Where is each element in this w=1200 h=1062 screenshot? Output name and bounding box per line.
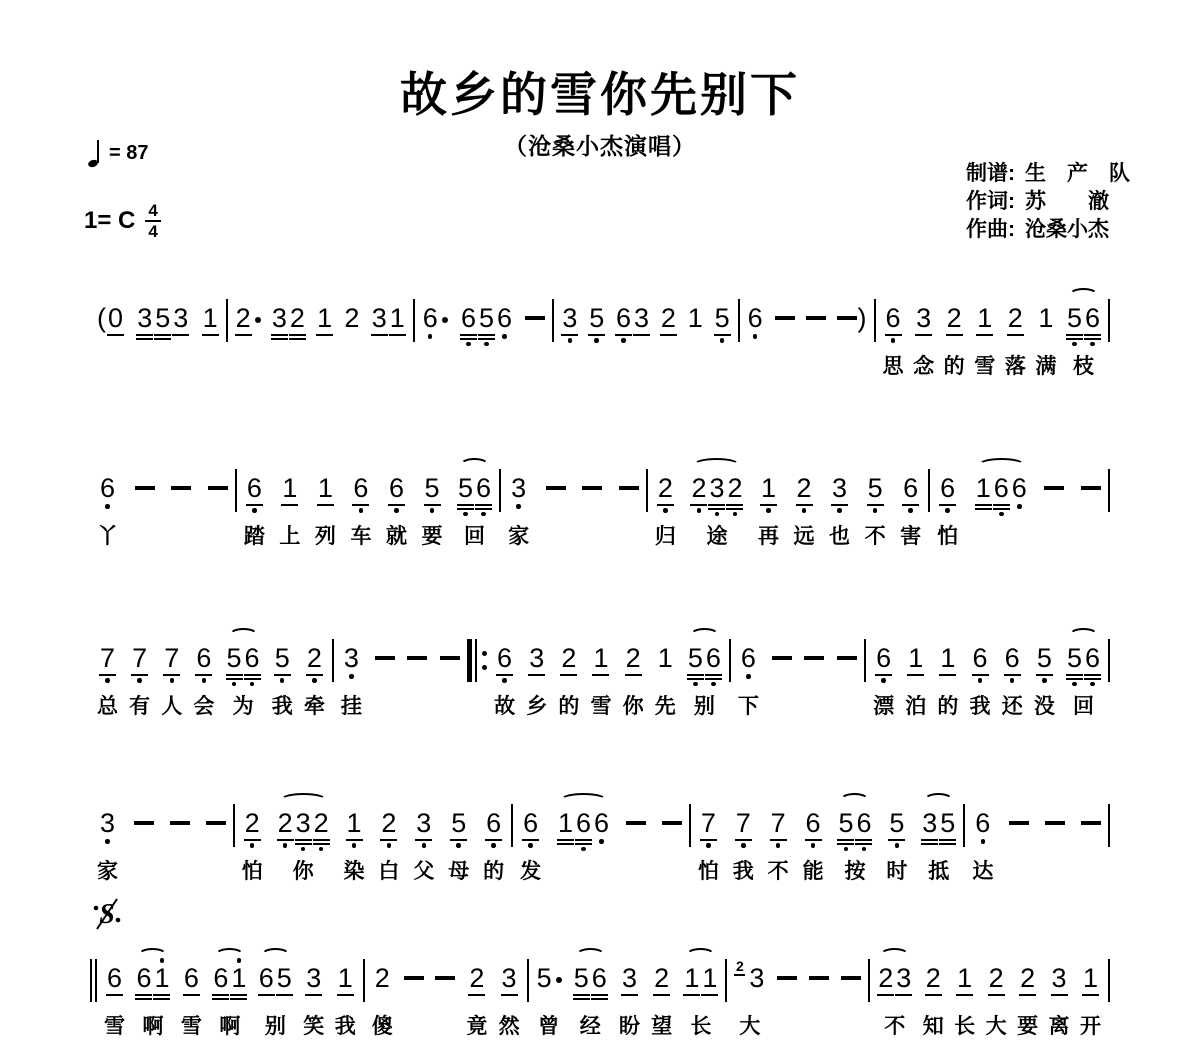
note-group: 1的 — [937, 626, 958, 720]
underline — [560, 674, 577, 676]
note-digit: 7 — [701, 810, 716, 837]
slur-arc — [560, 793, 607, 807]
note-glyph: 3 — [343, 638, 360, 686]
lyric-char: 上 — [279, 524, 300, 550]
dash-note — [837, 656, 857, 660]
dash-group — [1009, 791, 1029, 859]
note-glyph: 5 — [1036, 638, 1053, 686]
underline — [956, 994, 973, 996]
slur-arc — [690, 628, 719, 642]
octave-down-dot — [733, 512, 738, 516]
underline — [1082, 994, 1099, 996]
underline — [855, 839, 872, 841]
dash-group — [525, 286, 545, 354]
lyric-char: 知 — [923, 1014, 944, 1040]
note-group: 2要 — [1017, 946, 1038, 1040]
dash-note — [582, 486, 602, 490]
note-digit: 6 — [616, 305, 631, 332]
note-group: 61啊 — [212, 946, 247, 1040]
dash-group — [1081, 791, 1101, 859]
lyric-char: 没 — [1034, 694, 1055, 720]
note-glyph: 5 — [1066, 298, 1083, 346]
octave-down-dot — [312, 678, 317, 683]
underline — [131, 674, 148, 676]
underline — [496, 674, 513, 676]
octave-down-dot — [463, 512, 468, 516]
note-digit: 1 — [318, 475, 333, 502]
octave-down-dot — [802, 508, 807, 513]
octave-down-dot — [895, 843, 900, 848]
underline — [485, 839, 502, 841]
note-glyph: 1 — [657, 638, 674, 686]
note-glyph: 6 — [212, 958, 229, 1006]
underline — [371, 334, 388, 336]
note-glyph: 1 — [281, 468, 298, 516]
note-glyph: 1 — [1037, 298, 1054, 346]
note-digit: 5 — [889, 810, 904, 837]
note-glyph: 1 — [346, 803, 363, 851]
measure: 6雪61啊6雪61啊65别3笑1我 — [97, 946, 363, 1040]
lyric-char: 按 — [844, 859, 865, 885]
note-group: 6下 — [738, 626, 759, 720]
underline — [1066, 678, 1083, 680]
note-group: 56按 — [837, 791, 872, 885]
octave-down-dot — [746, 674, 751, 679]
lyric-char: 我 — [970, 694, 991, 720]
note-glyph: 6 — [460, 298, 477, 346]
octave-down-dot — [693, 682, 698, 686]
note-group: 1开 — [1080, 946, 1101, 1040]
augmentation-dot — [255, 317, 261, 323]
note-digit: 1 — [702, 965, 717, 992]
note-glyph: 1 — [939, 638, 956, 686]
lyric-char: 途 — [706, 524, 727, 550]
lyric-char: 有 — [129, 694, 150, 720]
underline — [135, 994, 152, 996]
note-glyph: 6 — [805, 803, 822, 851]
note-digit: 6 — [259, 965, 274, 992]
note-digit: 3 — [416, 810, 431, 837]
note-digit: 1 — [1038, 305, 1053, 332]
note-digit: 6 — [1085, 305, 1100, 332]
dash-note — [525, 316, 545, 320]
lyric-char: 要 — [422, 524, 443, 550]
note-glyph: 1 — [389, 298, 406, 346]
note-digit: 2 — [561, 645, 576, 672]
dash-group — [626, 791, 646, 859]
note-group: 3离 — [1049, 946, 1070, 1040]
note-group: 56回 — [1066, 626, 1101, 720]
measure: 6怕166 — [930, 456, 1108, 550]
note-digit: 6 — [1005, 645, 1020, 672]
dash-note — [208, 486, 228, 490]
underline — [902, 504, 919, 506]
note-group: 6 — [422, 286, 448, 380]
note-group: 5 — [714, 286, 731, 380]
lyric-char: 别 — [265, 1014, 286, 1040]
underline — [939, 674, 956, 676]
underline — [575, 843, 592, 845]
note-digit: 2 — [314, 810, 329, 837]
note-digit: 1 — [908, 645, 923, 672]
system: S6雪61啊6雪61啊65别3笑1我2傻2竟3然5曾56经3盼2望11长23大2… — [90, 946, 1110, 1040]
note-digit: 5 — [479, 305, 494, 332]
octave-down-dot — [720, 338, 725, 343]
note-glyph: 2 — [1007, 298, 1024, 346]
note-digit: 3 — [100, 810, 115, 837]
note-digit: 1 — [684, 965, 699, 992]
dash-note — [134, 821, 154, 825]
note-digit: 6 — [876, 645, 891, 672]
underline — [460, 338, 477, 340]
dash-group — [841, 946, 861, 1014]
lyric-char: 的 — [558, 694, 579, 720]
octave-down-dot — [766, 508, 771, 513]
underline — [993, 504, 1010, 506]
note-digit: 3 — [922, 810, 937, 837]
note-digit: 1 — [593, 645, 608, 672]
underline — [867, 504, 884, 506]
measure: 6656 — [415, 286, 553, 380]
note-glyph: 5 — [226, 638, 243, 686]
octave-down-dot — [663, 508, 668, 513]
lyric-char: 母 — [448, 859, 469, 885]
note-glyph: 6 — [422, 298, 439, 346]
note-digit: 7 — [771, 810, 786, 837]
lyric-char: 抵 — [928, 859, 949, 885]
lyric-char: 你 — [623, 694, 644, 720]
octave-down-dot — [999, 512, 1004, 516]
dash-group — [1045, 791, 1065, 859]
octave-down-dot — [1017, 504, 1022, 509]
lyric-char: 思 — [883, 354, 904, 380]
lyric-char: 我 — [272, 694, 293, 720]
note-group: 2 — [660, 286, 677, 380]
octave-down-dot — [1090, 342, 1095, 346]
note-group: 2远 — [794, 456, 815, 550]
note-digit: 2 — [1008, 305, 1023, 332]
note-glyph: 6 — [388, 468, 405, 516]
note-glyph: 2 — [657, 468, 674, 516]
underline — [226, 674, 243, 676]
note-group: 1泊 — [905, 626, 926, 720]
underline — [468, 994, 485, 996]
note-glyph: 2 — [690, 468, 707, 516]
note-glyph: 2 — [925, 958, 942, 1006]
lyric-char: 家 — [508, 524, 529, 550]
note-digit: 6 — [806, 810, 821, 837]
barline-single — [1108, 804, 1110, 847]
underline — [1084, 334, 1101, 336]
measure: 6故3乡2的1雪2你1先56别 — [487, 626, 729, 720]
underline — [700, 839, 717, 841]
dash-note — [375, 656, 395, 660]
note-digit: 1 — [558, 810, 573, 837]
note-digit: 6 — [975, 810, 990, 837]
note-glyph: 6 — [575, 803, 592, 851]
note-group: 7我 — [733, 791, 754, 885]
note-group: 6就 — [386, 456, 407, 550]
measure: 6达 — [965, 791, 1108, 885]
note-group: 6踏 — [244, 456, 265, 550]
note-digit: 5 — [1067, 305, 1082, 332]
note-digit: 6 — [706, 645, 721, 672]
underline — [1019, 994, 1036, 996]
dash-group — [206, 791, 226, 859]
underline — [380, 839, 397, 841]
note-group: 61啊 — [135, 946, 170, 1040]
underline — [153, 994, 170, 996]
note-digit: 2 — [989, 965, 1004, 992]
underline — [457, 508, 474, 510]
lyric-char: 雪 — [590, 694, 611, 720]
underline — [714, 334, 731, 336]
underline — [657, 504, 674, 506]
note-digit: 2 — [1020, 965, 1035, 992]
lyric-char: 笑 — [303, 1014, 324, 1040]
note-digit: 3 — [137, 305, 152, 332]
underline — [683, 994, 700, 996]
note-glyph: 6 — [1084, 638, 1101, 686]
octave-down-dot — [621, 338, 626, 343]
underline — [875, 674, 892, 676]
note-glyph: 2 — [244, 803, 261, 851]
lyric-char: 也 — [829, 524, 850, 550]
note-glyph: 1 — [956, 958, 973, 1006]
underline — [244, 678, 261, 680]
lyric-char: 望 — [651, 1014, 672, 1040]
lyric-char: 曾 — [538, 1014, 559, 1040]
octave-down-dot — [594, 338, 599, 343]
underline — [460, 334, 477, 336]
note-digit: 1 — [282, 475, 297, 502]
underline — [99, 674, 116, 676]
note-group: 56经 — [573, 946, 608, 1040]
note-glyph: 7 — [99, 638, 116, 686]
underline — [770, 839, 787, 841]
quarter-note-icon — [88, 140, 101, 167]
note-glyph: 2 — [560, 638, 577, 686]
lyric-char: 能 — [803, 859, 824, 885]
underline — [457, 504, 474, 506]
underline — [295, 843, 312, 845]
note-group: 2知 — [923, 946, 944, 1040]
note-digit: 3 — [622, 965, 637, 992]
dash-note — [440, 656, 460, 660]
note-glyph: 5 — [274, 638, 291, 686]
underline — [450, 839, 467, 841]
octave-down-dot — [862, 847, 867, 851]
underline — [976, 334, 993, 336]
credit-lyricist: 作词: 苏 澈 — [966, 188, 1130, 216]
dash-group — [404, 946, 424, 1014]
octave-down-dot — [394, 508, 399, 513]
octave-down-dot — [891, 338, 896, 343]
note-glyph: 1 — [592, 638, 609, 686]
underline — [690, 504, 707, 506]
octave-down-dot — [711, 682, 716, 686]
note-digit: 1 — [977, 305, 992, 332]
note-glyph: 3 — [708, 468, 725, 516]
measure: 6踏1上1列6车6就5要56回 — [237, 456, 499, 550]
underline — [760, 504, 777, 506]
underline — [708, 508, 725, 510]
dash-note — [772, 656, 792, 660]
note-glyph: 2 — [653, 958, 670, 1006]
note-group: 6害 — [900, 456, 921, 550]
underline — [1066, 674, 1083, 676]
slur-arc — [978, 458, 1025, 472]
note-glyph: 5 — [687, 638, 704, 686]
note-glyph: 3 — [748, 958, 765, 1006]
underline — [939, 839, 956, 841]
lyric-char: 发 — [520, 859, 541, 885]
lyric-char: 远 — [794, 524, 815, 550]
note-glyph: 5 — [837, 803, 854, 851]
dash-group — [440, 626, 460, 694]
system: 3家2怕232你1染2白3父5母6的6发1667怕7我7不6能56按5时35抵6… — [90, 791, 1110, 885]
octave-down-dot — [1072, 342, 1077, 346]
note-glyph: 6 — [106, 958, 123, 1006]
octave-down-dot — [978, 678, 983, 683]
note-digit: 3 — [344, 645, 359, 672]
underline — [1007, 334, 1024, 336]
note-group: 2竟 — [466, 946, 487, 1040]
octave-down-dot — [252, 508, 257, 513]
note-group: 3念 — [913, 286, 934, 380]
slur-arc — [280, 793, 327, 807]
lyric-char: 故 — [494, 694, 515, 720]
dash-group — [171, 456, 191, 524]
lyric-char: 归 — [655, 524, 676, 550]
underline — [306, 674, 323, 676]
lyric-char: 不 — [768, 859, 789, 885]
note-group: 32 — [271, 286, 306, 380]
note-glyph: 1 — [975, 468, 992, 516]
note-digit: 6 — [107, 965, 122, 992]
key-signature: 1= C 4 4 — [84, 202, 161, 240]
note-glyph: 6 — [99, 468, 116, 516]
underline — [389, 334, 406, 336]
octave-down-dot — [456, 843, 461, 848]
note-glyph: 5 — [154, 298, 171, 346]
measure: 6) — [740, 286, 874, 380]
note-digit: 3 — [749, 965, 764, 992]
credit-arranger: 制谱: 生 产 队 — [966, 160, 1130, 188]
note-group: 6发 — [520, 791, 541, 885]
octave-down-dot — [1042, 678, 1047, 683]
underline — [475, 504, 492, 506]
note-group: 2 — [235, 286, 261, 380]
barline-begin-repeat — [467, 639, 487, 682]
lyric-char: 然 — [499, 1014, 520, 1040]
note-digit: 5 — [458, 475, 473, 502]
note-group: 56为 — [226, 626, 261, 720]
note-glyph: 3 — [895, 958, 912, 1006]
octave-down-dot — [502, 334, 507, 339]
underline — [921, 843, 938, 845]
underline — [557, 839, 574, 841]
note-digit: 2 — [278, 810, 293, 837]
dash-group — [775, 286, 795, 354]
underline — [805, 839, 822, 841]
close-paren: ) — [858, 305, 867, 332]
note-digit: 1 — [154, 965, 169, 992]
song-title: 故乡的雪你先别下 — [0, 58, 1200, 125]
lyric-char: 白 — [378, 859, 399, 885]
octave-down-dot — [250, 682, 255, 686]
note-group: 56别 — [687, 626, 722, 720]
lyric-char: 枝 — [1073, 354, 1094, 380]
note-glyph: 1 — [230, 958, 247, 1006]
underline — [735, 839, 752, 841]
lyric-char: 挂 — [341, 694, 362, 720]
note-digit: 6 — [594, 810, 609, 837]
note-group: 5我 — [272, 626, 293, 720]
octave-down-dot — [697, 508, 702, 513]
note-digit: 5 — [574, 965, 589, 992]
underline — [172, 334, 189, 336]
underline — [701, 994, 718, 996]
octave-down-dot — [844, 847, 849, 851]
note-glyph: 6 — [593, 803, 610, 851]
system: 6丫6踏1上1列6车6就5要56回3家2归232途1再2远3也5不6害6怕166 — [90, 456, 1110, 550]
note-digit: 5 — [424, 475, 439, 502]
note-group: 6怕 — [937, 456, 958, 550]
dash-note — [626, 821, 646, 825]
underline — [388, 504, 405, 506]
measure: 3家 — [501, 456, 646, 550]
underline — [885, 334, 902, 336]
time-signature: 4 4 — [145, 202, 160, 240]
note-digit: 6 — [523, 810, 538, 837]
note-glyph: 2 — [468, 958, 485, 1006]
note-glyph: 2 — [1019, 958, 1036, 1006]
note-glyph: 5 — [588, 298, 605, 346]
underline — [907, 674, 924, 676]
measure: 2傻2竟3然 — [365, 946, 527, 1040]
note-group: 2的 — [944, 286, 965, 380]
octave-down-dot — [741, 843, 746, 848]
note-digit: 1 — [976, 475, 991, 502]
note-glyph: 5 — [714, 298, 731, 346]
octave-down-dot — [1072, 682, 1077, 686]
note-digit: 6 — [486, 810, 501, 837]
note-digit: 3 — [634, 305, 649, 332]
octave-down-dot — [430, 508, 435, 513]
lyric-char: 啊 — [142, 1014, 163, 1040]
note-group: 1上 — [279, 456, 300, 550]
note-digit: 6 — [100, 475, 115, 502]
lyric-char: 傻 — [372, 1014, 393, 1040]
lyric-char: 踏 — [244, 524, 265, 550]
dash-note — [809, 976, 829, 980]
underline — [106, 994, 123, 996]
note-group: 1雪 — [590, 626, 611, 720]
lyric-char: 回 — [1073, 694, 1094, 720]
octave-down-dot — [881, 678, 886, 683]
note-glyph: 3 — [295, 803, 312, 851]
note-group: (0 — [97, 286, 124, 380]
note-digit: 6 — [213, 965, 228, 992]
note-digit: 6 — [856, 810, 871, 837]
note-digit: 3 — [709, 475, 724, 502]
note-digit: 5 — [227, 645, 242, 672]
note-digit: 3 — [896, 965, 911, 992]
dash-group — [837, 626, 857, 694]
note-glyph: 2 — [988, 958, 1005, 1006]
note-digit: 5 — [1037, 645, 1052, 672]
